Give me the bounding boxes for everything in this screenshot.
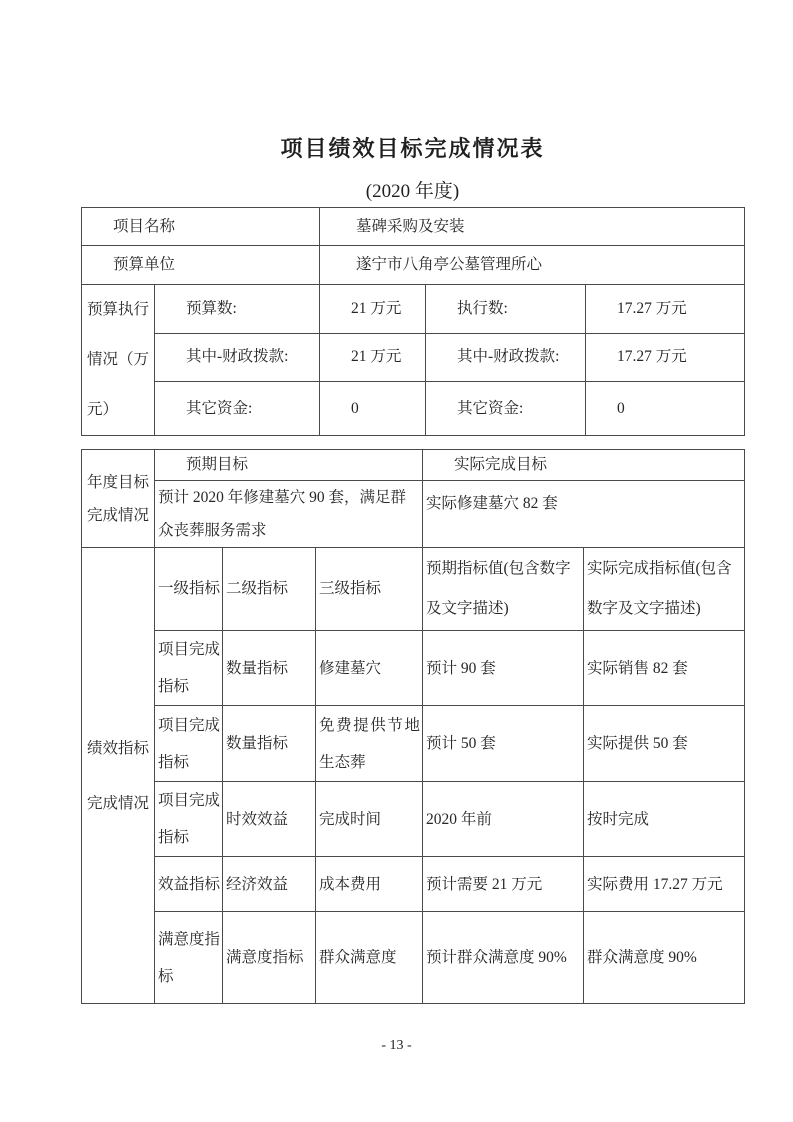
indicator-cell: 经济效益 xyxy=(223,857,316,912)
indicator-cell: 2020 年前 xyxy=(423,782,584,857)
indicator-cell: 效益指标 xyxy=(155,857,223,912)
indicator-cell: 群众满意度 xyxy=(316,912,423,1004)
other-funds-exec-label: 其它资金: xyxy=(426,382,586,436)
budget-section-label: 预算执行情况（万元） xyxy=(82,285,155,436)
indicator-section-label: 绩效指标完成情况 xyxy=(82,548,155,1004)
indicator-cell: 时效效益 xyxy=(223,782,316,857)
table-row: 预算执行情况（万元） 预算数: 21 万元 执行数: 17.27 万元 xyxy=(82,285,745,334)
project-name-value: 墓碑采购及安装 xyxy=(320,208,745,246)
indicator-cell: 按时完成 xyxy=(584,782,745,857)
other-funds-value: 0 xyxy=(320,382,426,436)
indicator-cell: 满意度指标 xyxy=(223,912,316,1004)
table-row: 满意度指标 满意度指标 群众满意度 预计群众满意度 90% 群众满意度 90% xyxy=(82,912,745,1004)
budget-unit-label: 预算单位 xyxy=(82,246,320,285)
page-number: - 13 - xyxy=(0,1038,793,1054)
goals-indicators-table: 年度目标完成情况 预期目标 实际完成目标 预计 2020 年修建墓穴 90 套，… xyxy=(81,449,745,1004)
project-name-label: 项目名称 xyxy=(82,208,320,246)
fiscal-allocation-exec-label: 其中-财政拨款: xyxy=(426,333,586,382)
indicator-cell: 预计群众满意度 90% xyxy=(423,912,584,1004)
indicator-cell: 项目完成指标 xyxy=(155,706,223,782)
page-title: 项目绩效目标完成情况表 xyxy=(81,132,744,163)
expected-goal-text: 预计 2020 年修建墓穴 90 套，满足群众丧葬服务需求 xyxy=(155,481,423,548)
table-row: 预计 2020 年修建墓穴 90 套，满足群众丧葬服务需求 实际修建墓穴 82 … xyxy=(82,481,745,548)
table-row: 绩效指标完成情况 一级指标 二级指标 三级指标 预期指标值(包含数字及文字描述)… xyxy=(82,548,745,631)
execution-number-label: 执行数: xyxy=(426,285,586,334)
table-row: 其它资金: 0 其它资金: 0 xyxy=(82,382,745,436)
indicator-cell: 预计需要 21 万元 xyxy=(423,857,584,912)
indicator-cell: 实际销售 82 套 xyxy=(584,631,745,706)
level1-indicator-header: 一级指标 xyxy=(155,548,223,631)
level3-indicator-header: 三级指标 xyxy=(316,548,423,631)
indicator-cell: 群众满意度 90% xyxy=(584,912,745,1004)
table-row: 项目完成指标 数量指标 修建墓穴 预计 90 套 实际销售 82 套 xyxy=(82,631,745,706)
other-funds-label: 其它资金: xyxy=(155,382,320,436)
actual-goal-text: 实际修建墓穴 82 套 xyxy=(423,481,745,548)
indicator-cell: 实际费用 17.27 万元 xyxy=(584,857,745,912)
table-row: 项目完成指标 时效效益 完成时间 2020 年前 按时完成 xyxy=(82,782,745,857)
table-row: 其中-财政拨款: 21 万元 其中-财政拨款: 17.27 万元 xyxy=(82,333,745,382)
page-subtitle: (2020 年度) xyxy=(81,176,744,203)
indicator-cell: 成本费用 xyxy=(316,857,423,912)
indicator-cell: 实际提供 50 套 xyxy=(584,706,745,782)
execution-number-value: 17.27 万元 xyxy=(586,285,745,334)
indicator-cell: 项目完成指标 xyxy=(155,782,223,857)
indicator-cell: 满意度指标 xyxy=(155,912,223,1004)
fiscal-allocation-exec-value: 17.27 万元 xyxy=(586,333,745,382)
budget-number-label: 预算数: xyxy=(155,285,320,334)
indicator-cell: 数量指标 xyxy=(223,631,316,706)
document-page: 项目绩效目标完成情况表 (2020 年度) 项目名称 墓碑采购及安装 预算单位 … xyxy=(0,0,793,1122)
indicator-cell: 完成时间 xyxy=(316,782,423,857)
actual-value-header: 实际完成指标值(包含数字及文字描述) xyxy=(584,548,745,631)
table-row: 项目名称 墓碑采购及安装 xyxy=(82,208,745,246)
expected-goal-header: 预期目标 xyxy=(155,450,423,481)
info-budget-table: 项目名称 墓碑采购及安装 预算单位 遂宁市八角亭公墓管理所心 预算执行情况（万元… xyxy=(81,207,745,436)
annual-section-label: 年度目标完成情况 xyxy=(82,450,155,548)
actual-goal-header: 实际完成目标 xyxy=(423,450,745,481)
indicator-cell: 修建墓穴 xyxy=(316,631,423,706)
indicator-cell: 预计 90 套 xyxy=(423,631,584,706)
indicator-cell: 数量指标 xyxy=(223,706,316,782)
table-row: 年度目标完成情况 预期目标 实际完成目标 xyxy=(82,450,745,481)
budget-number-value: 21 万元 xyxy=(320,285,426,334)
expected-value-header: 预期指标值(包含数字及文字描述) xyxy=(423,548,584,631)
level2-indicator-header: 二级指标 xyxy=(223,548,316,631)
fiscal-allocation-value: 21 万元 xyxy=(320,333,426,382)
budget-unit-value: 遂宁市八角亭公墓管理所心 xyxy=(320,246,745,285)
fiscal-allocation-label: 其中-财政拨款: xyxy=(155,333,320,382)
table-row: 效益指标 经济效益 成本费用 预计需要 21 万元 实际费用 17.27 万元 xyxy=(82,857,745,912)
table-row: 预算单位 遂宁市八角亭公墓管理所心 xyxy=(82,246,745,285)
other-funds-exec-value: 0 xyxy=(586,382,745,436)
indicator-cell: 预计 50 套 xyxy=(423,706,584,782)
indicator-cell: 项目完成指标 xyxy=(155,631,223,706)
table-row: 项目完成指标 数量指标 免费提供节地生态葬 预计 50 套 实际提供 50 套 xyxy=(82,706,745,782)
indicator-cell: 免费提供节地生态葬 xyxy=(316,706,423,782)
